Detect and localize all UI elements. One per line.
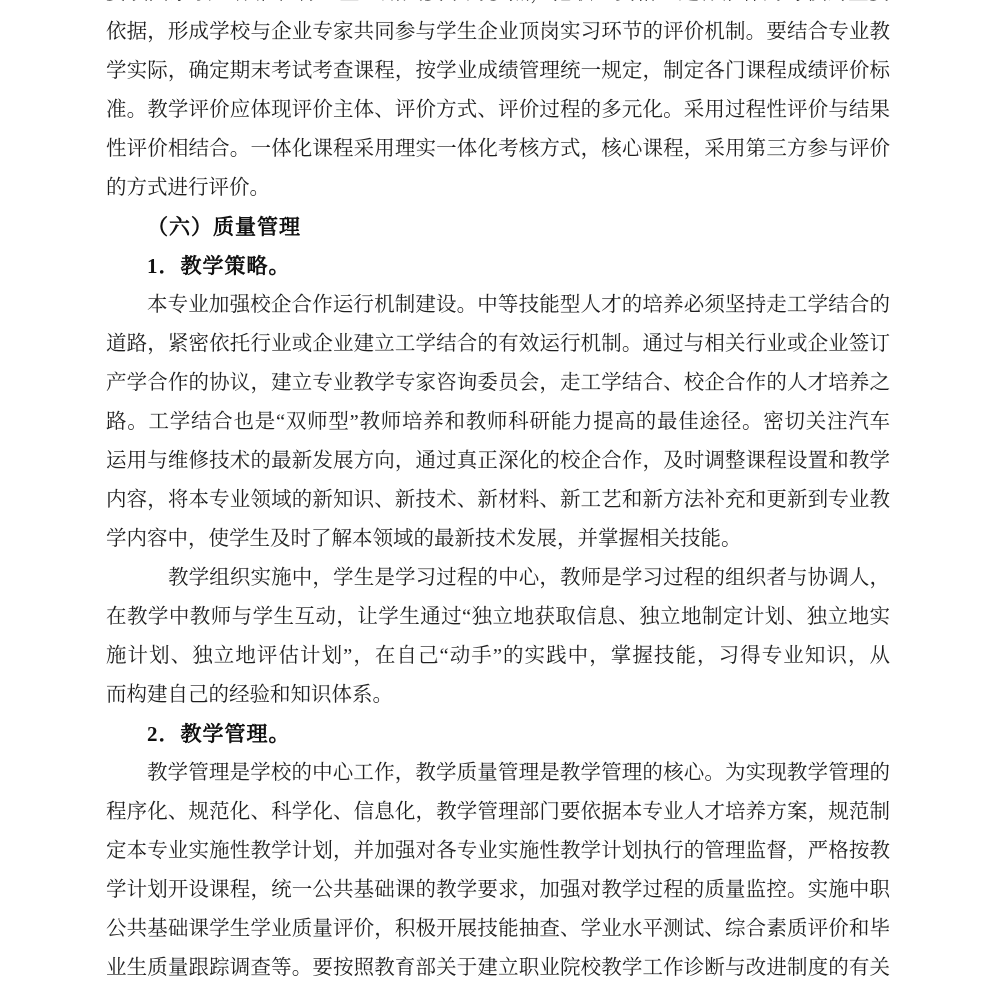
text-line: 而构建自己的经验和知识体系。 (106, 676, 890, 715)
text-line: 准。教学评价应体现评价主体、评价方式、评价过程的多元化。采用过程性评价与结果 (106, 91, 890, 130)
document-page: 要以国家职业标准和行业企业用人要求为参照，把职业资格鉴定标准作为考核的重要 依据… (0, 0, 1000, 1000)
subheading-teaching-management: 2．教学管理。 (106, 715, 890, 754)
text-line: 路。工学结合也是“双师型”教师培养和教师科研能力提高的最佳途径。密切关注汽车 (106, 403, 890, 442)
text-line: 的方式进行评价。 (106, 169, 890, 208)
text-line: 在教学中教师与学生互动，让学生通过“独立地获取信息、独立地制定计划、独立地实 (106, 598, 890, 637)
text-line: 内容，将本专业领域的新知识、新技术、新材料、新工艺和新方法补充和更新到专业教 (106, 481, 890, 520)
text-line: 性评价相结合。一体化课程采用理实一体化考核方式，核心课程，采用第三方参与评价 (106, 130, 890, 169)
text-line: 定本专业实施性教学计划，并加强对各专业实施性教学计划执行的管理监督，严格按教 (106, 832, 890, 871)
text-line: 业生质量跟踪调查等。要按照教育部关于建立职业院校教学工作诊断与改进制度的有关 (106, 949, 890, 988)
text-line: 道路，紧密依托行业或企业建立工学结合的有效运行机制。通过与相关行业或企业签订 (106, 325, 890, 364)
text-line: 教学组织实施中，学生是学习过程的中心，教师是学习过程的组织者与协调人， (106, 559, 890, 598)
text-line: 教学管理是学校的中心工作，教学质量管理是教学管理的核心。为实现教学管理的 (106, 754, 890, 793)
text-line: 产学合作的协议，建立专业教学专家咨询委员会，走工学结合、校企合作的人才培养之 (106, 364, 890, 403)
text-line: 程序化、规范化、科学化、信息化，教学管理部门要依据本专业人才培养方案，规范制 (106, 793, 890, 832)
section-heading-quality-management: （六）质量管理 (106, 208, 890, 247)
text-line: 学实际，确定期末考试考查课程，按学业成绩管理统一规定，制定各门课程成绩评价标 (106, 52, 890, 91)
text-line: 本专业加强校企合作运行机制建设。中等技能型人才的培养必须坚持走工学结合的 (106, 286, 890, 325)
clipped-text-line: 要以国家职业标准和行业企业用人要求为参照，把职业资格鉴定标准作为考核的重要 (106, 0, 890, 13)
text-line: 依据，形成学校与企业专家共同参与学生企业顶岗实习环节的评价机制。要结合专业教 (106, 13, 890, 52)
document-text-column: 要以国家职业标准和行业企业用人要求为参照，把职业资格鉴定标准作为考核的重要 依据… (106, 0, 890, 988)
subheading-teaching-strategy: 1．教学策略。 (106, 247, 890, 286)
text-line: 学内容中，使学生及时了解本领域的最新技术发展，并掌握相关技能。 (106, 520, 890, 559)
text-line: 运用与维修技术的最新发展方向，通过真正深化的校企合作，及时调整课程设置和教学 (106, 442, 890, 481)
text-line: 公共基础课学生学业质量评价，积极开展技能抽查、学业水平测试、综合素质评价和毕 (106, 910, 890, 949)
text-line: 施计划、独立地评估计划”，在自己“动手”的实践中，掌握技能，习得专业知识，从 (106, 637, 890, 676)
text-line: 学计划开设课程，统一公共基础课的教学要求，加强对教学过程的质量监控。实施中职 (106, 871, 890, 910)
